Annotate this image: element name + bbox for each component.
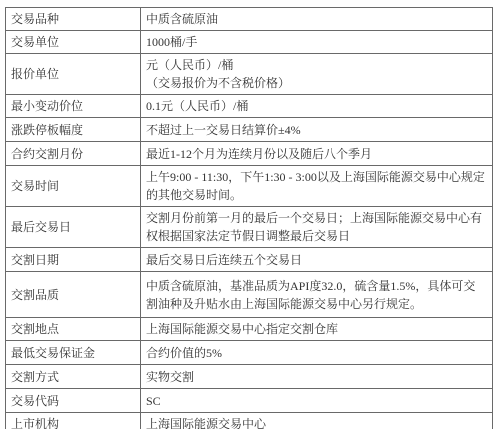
spec-value: 实物交割 [141,365,493,389]
table-row: 交易品种 中质含硫原油 [6,8,493,31]
table-row: 交易代码 SC [6,389,493,413]
spec-value: 1000桶/手 [141,31,493,54]
table-row: 报价单位 元（人民币）/桶 （交易报价为不含税价格） [6,54,493,95]
table-row: 最后交易日 交割月份前第一月的最后一个交易日；上海国际能源交易中心有权根据国家法… [6,207,493,248]
spec-value: 中质含硫原油，基准品质为API度32.0，硫含量1.5%，具体可交割油种及升贴水… [141,272,493,318]
spec-label: 合约交割月份 [6,142,141,166]
spec-label: 交易单位 [6,31,141,54]
table-row: 交易时间 上午9:00 - 11:30，下午1:30 - 3:00以及上海国际能… [6,166,493,207]
spec-label: 交易时间 [6,166,141,207]
spec-label: 交易品种 [6,8,141,31]
table-row: 最小变动价位 0.1元（人民币）/桶 [6,95,493,118]
spec-label: 交割品质 [6,272,141,318]
table-row: 交割日期 最后交易日后连续五个交易日 [6,248,493,272]
spec-value: 0.1元（人民币）/桶 [141,95,493,118]
spec-value: 中质含硫原油 [141,8,493,31]
spec-label: 交割地点 [6,318,141,341]
spec-label: 交易代码 [6,389,141,413]
spec-label: 涨跌停板幅度 [6,118,141,142]
table-row: 上市机构 上海国际能源交易中心 [6,413,493,429]
spec-label: 上市机构 [6,413,141,429]
table-row: 交割方式 实物交割 [6,365,493,389]
spec-label: 报价单位 [6,54,141,95]
spec-label: 最低交易保证金 [6,341,141,365]
table-row: 合约交割月份 最近1-12个月为连续月份以及随后八个季月 [6,142,493,166]
spec-value: 不超过上一交易日结算价±4% [141,118,493,142]
spec-value: 合约价值的5% [141,341,493,365]
spec-value: SC [141,389,493,413]
table-row: 交割品质 中质含硫原油，基准品质为API度32.0，硫含量1.5%，具体可交割油… [6,272,493,318]
spec-label: 最后交易日 [6,207,141,248]
spec-value: 最近1-12个月为连续月份以及随后八个季月 [141,142,493,166]
spec-value: 最后交易日后连续五个交易日 [141,248,493,272]
table-row: 涨跌停板幅度 不超过上一交易日结算价±4% [6,118,493,142]
spec-value: 上海国际能源交易中心指定交割仓库 [141,318,493,341]
spec-value: 交割月份前第一月的最后一个交易日；上海国际能源交易中心有权根据国家法定节假日调整… [141,207,493,248]
spec-value: 上午9:00 - 11:30，下午1:30 - 3:00以及上海国际能源交易中心… [141,166,493,207]
spec-label: 交割方式 [6,365,141,389]
spec-label: 最小变动价位 [6,95,141,118]
table-row: 最低交易保证金 合约价值的5% [6,341,493,365]
spec-label: 交割日期 [6,248,141,272]
spec-value: 上海国际能源交易中心 [141,413,493,429]
table-row: 交易单位 1000桶/手 [6,31,493,54]
table-row: 交割地点 上海国际能源交易中心指定交割仓库 [6,318,493,341]
contract-spec-table: 交易品种 中质含硫原油 交易单位 1000桶/手 报价单位 元（人民币）/桶 （… [5,7,493,429]
spec-table-body: 交易品种 中质含硫原油 交易单位 1000桶/手 报价单位 元（人民币）/桶 （… [6,8,493,429]
spec-value: 元（人民币）/桶 （交易报价为不含税价格） [141,54,493,95]
